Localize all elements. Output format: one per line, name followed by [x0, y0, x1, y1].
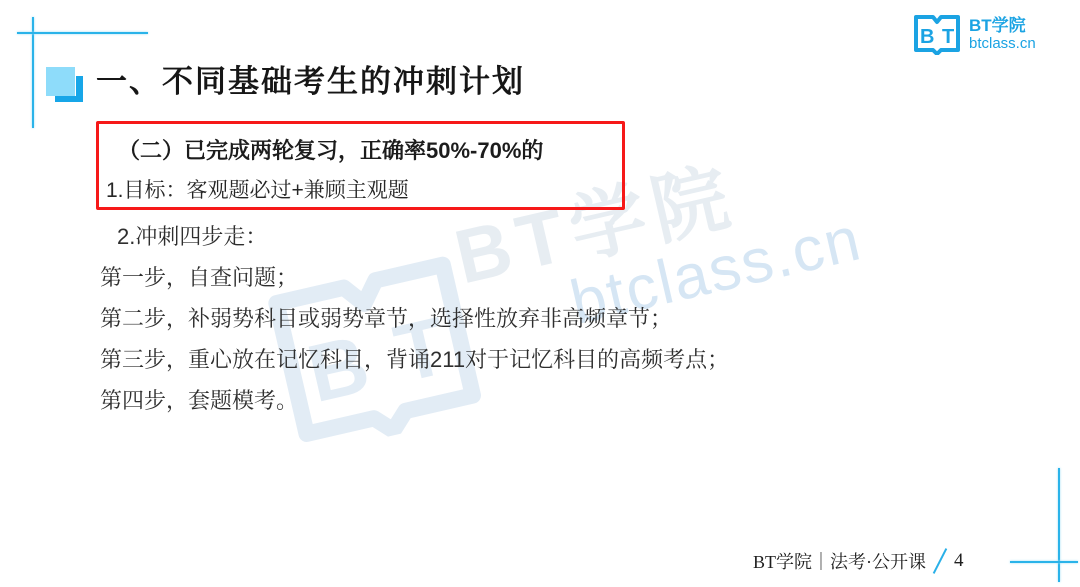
- title-bullet-square: [46, 67, 75, 96]
- highlight-heading: （二）已完成两轮复习，正确率50%-70%的: [118, 134, 622, 165]
- svg-text:T: T: [942, 26, 954, 48]
- svg-text:B: B: [920, 26, 934, 48]
- body-text: 2.冲刺四步走： 第一步，自查问题； 第二步，补弱势科目或弱势章节，选择性放弃非…: [100, 216, 729, 421]
- title-bullet-icon: [44, 62, 84, 102]
- step-line-4: 第四步，套题模考。: [100, 380, 729, 421]
- highlight-red-box: （二）已完成两轮复习，正确率50%-70%的 1.目标：客观题必过+兼顾主观题: [96, 121, 625, 210]
- step-line-1: 第一步，自查问题；: [100, 257, 729, 298]
- corner-line-bottom-right-horizontal: [1010, 561, 1078, 563]
- step-line-3: 第三步，重心放在记忆科目，背诵211对于记忆科目的高频考点；: [100, 339, 729, 380]
- brand-name: BT学院: [969, 16, 1036, 36]
- brand-logo: B T BT学院 btclass.cn: [913, 13, 1036, 55]
- brand-domain: btclass.cn: [969, 35, 1036, 52]
- corner-line-bottom-right-vertical: [1058, 468, 1060, 582]
- highlight-goal-line: 1.目标：客观题必过+兼顾主观题: [106, 174, 622, 204]
- footer-course-label: BT学院｜法考·公开课: [753, 548, 926, 574]
- page-title: 一、不同基础考生的冲刺计划: [96, 62, 525, 102]
- footer-page-number: 4: [954, 550, 964, 572]
- steps-intro-line: 2.冲刺四步走：: [100, 216, 729, 257]
- footer: BT学院｜法考·公开课 4: [753, 546, 964, 576]
- open-book-bt-icon: B T: [913, 13, 961, 55]
- corner-line-top-left-horizontal: [17, 32, 148, 34]
- footer-slash-divider: [933, 548, 947, 574]
- step-line-2: 第二步，补弱势科目或弱势章节，选择性放弃非高频章节；: [100, 298, 729, 339]
- title-row: 一、不同基础考生的冲刺计划: [44, 62, 525, 102]
